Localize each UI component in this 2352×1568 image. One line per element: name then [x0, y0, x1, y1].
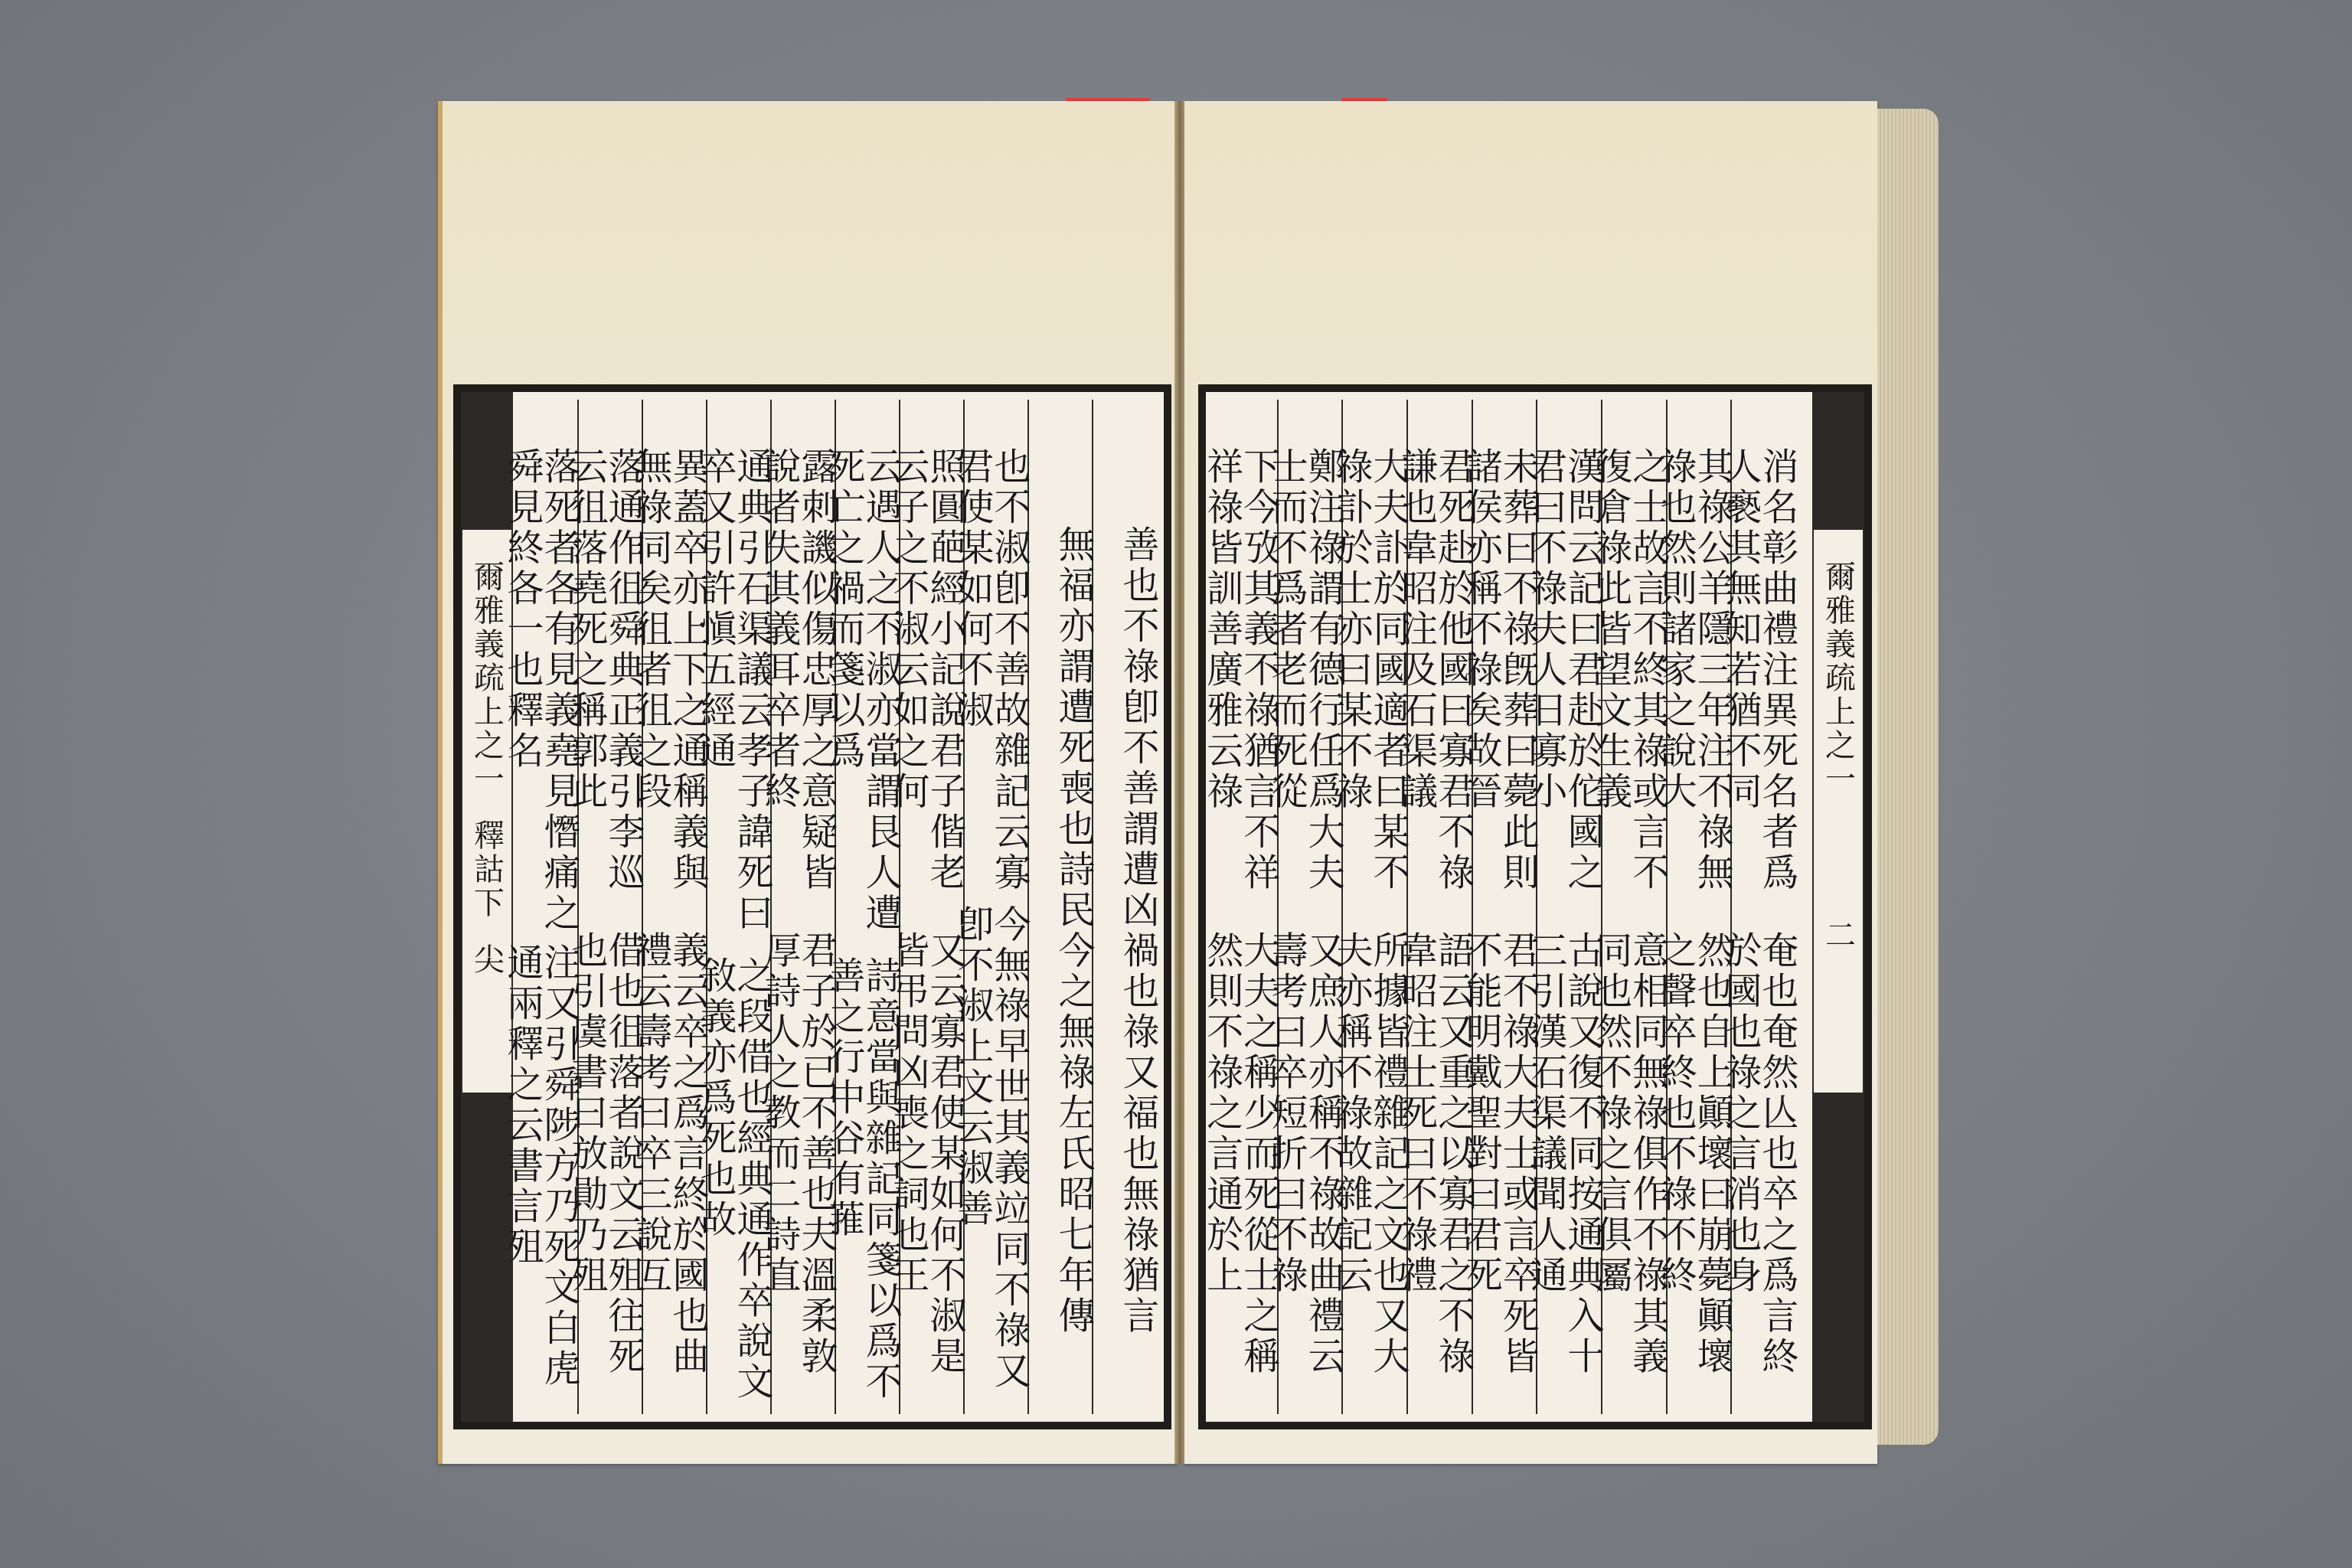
text-column: 大夫之稱少而死從士之稱然則不祿之言通於上下今攷其義不祿猶言不祥祥祿皆訓善廣雅云祿 [1214, 400, 1277, 1414]
right-title-strip: 爾雅義疏上之一 二 [1812, 392, 1864, 1422]
right-page: 奄也奄然亾也卒之爲言終於國也祿之言消也身消名彰曲禮注異死名者爲人褻其無知若猶不同… [1184, 101, 1877, 1464]
text-column: 今無祿早世其義竝同不祿又卽不淑上文云淑善也不淑卽不善故雜記云寡君使某如何不淑 [963, 400, 1027, 1414]
text-column: 借也徂落者說文云殂往死也引虞書曰放勛乃殂落通作徂舜典正義引李巡云徂落堯死之稱郭此 [577, 400, 642, 1414]
page-block-edge [1877, 109, 1939, 1445]
text-column: 君子於已不善也夫溫柔敦厚詩人之教而二詩直露刺譏似傷忠厚之意疑皆說者失其義耳卒者終 [770, 400, 835, 1414]
left-printed-frame: 爾雅義疏上之一 釋詁下 尖 善也不祿卽不善謂遭凶禍也祿又福也無祿猶言 無福亦謂遭… [453, 384, 1171, 1429]
right-printed-frame: 奄也奄然亾也卒之爲言終於國也祿之言消也身消名彰曲禮注異死名者爲人褻其無知若猶不同… [1198, 384, 1872, 1429]
open-book: 爾雅義疏上之一 釋詁下 尖 善也不祿卽不善謂遭凶禍也祿又福也無祿猶言 無福亦謂遭… [438, 101, 1969, 1464]
chapter-title: 釋詁下 [465, 819, 509, 920]
right-text-columns: 奄也奄然亾也卒之爲言終於國也祿之言消也身消名彰曲禮注異死名者爲人褻其無知若猶不同… [1214, 400, 1795, 1414]
leaf-number: 二 [1817, 919, 1860, 952]
text-column: 意相同無祿俱作不祿其義同也然不祿之言俱屬之士故言不終其祿或言不復倉祿此皆望文生義 [1601, 400, 1666, 1414]
text-column: 義云卒之爲言終於國也曲禮云壽考曰卒三說互異蓋卒亦上下之通稱義與無祿同矣徂者徂之段 [642, 400, 706, 1414]
text-column: 又庶人亦稱不祿故曲禮云壽考曰卒短折曰不祿鄭注祿謂有德行任爲大夫士而不爲者老而死從 [1277, 400, 1342, 1414]
text-column: 然也自上顚壞曰崩薨顚壞之聲卒終也不祿不終其祿公羊隱三年注不祿無祿也然則諸家之說大 [1666, 400, 1731, 1414]
text-column: 注又引舜陟方乃死文白虎通兩釋之云書言殂落死者各有見義堯見憯痛之舜見終各一也釋名 [514, 400, 577, 1414]
text-column: 善也不祿卽不善謂遭凶禍也祿又福也無祿猶言 [1092, 400, 1156, 1414]
left-text-columns: 善也不祿卽不善謂遭凶禍也祿又福也無祿猶言 無福亦謂遭死喪也詩民今之無祿左氏昭七年… [514, 400, 1156, 1414]
book-title: 爾雅義疏上之一 [1817, 560, 1860, 796]
text-column: 奄也奄然亾也卒之爲言終於國也祿之言消也身消名彰曲禮注異死名者爲人褻其無知若猶不同 [1730, 400, 1795, 1414]
fish-tail-mark-bottom [1814, 1093, 1863, 1422]
book-gutter [1174, 101, 1185, 1464]
right-strip-text: 爾雅義疏上之一 二 [1814, 560, 1863, 952]
text-column: 之段借也經典通作卒說文敘義亦爲死也故通典引石渠議云孝子諱死曰卒又引許愼五經通 [706, 400, 770, 1414]
text-column: 古說又復不同按通典入十三引漢石渠議聞人通漢問云記曰君赴於佗國之君曰不祿夫人日寡小 [1536, 400, 1601, 1414]
text-column: 無福亦謂遭死喪也詩民今之無祿左氏昭七年傳 [1027, 400, 1092, 1414]
text-column: 所據皆禮雜記之文也又大夫亦稱不祿故雜記云大夫訃於同國適者曰某不祿訃於士亦曰某不祿 [1341, 400, 1406, 1414]
text-column: 又云寡君使某如何不淑是皆弔問凶喪之詞也王照圓葩經小記說君子偕老云子之不淑云如之何 [899, 400, 963, 1414]
fish-tail-mark-top [1814, 392, 1863, 530]
text-column: 詩意當與雜記同箋以爲不善之行中谷有蓷云遇人之不淑亦當謂艮人遭死亡之禍而箋以爲 [835, 400, 899, 1414]
text-column: 君不祿大夫士或言卒死皆不能明戴聖對曰君死未葬曰不祿旣葬曰薨此則諸侯亦稱不祿矣故晉 [1472, 400, 1537, 1414]
text-column: 語云又重之以寡君之不祿韋昭注士死曰不祿禮君死赴於他國曰寡君不祿謙也韋昭注及石渠議 [1406, 400, 1472, 1414]
left-page: 爾雅義疏上之一 釋詁下 尖 善也不祿卽不善謂遭凶禍也祿又福也無祿猶言 無福亦謂遭… [438, 101, 1178, 1464]
